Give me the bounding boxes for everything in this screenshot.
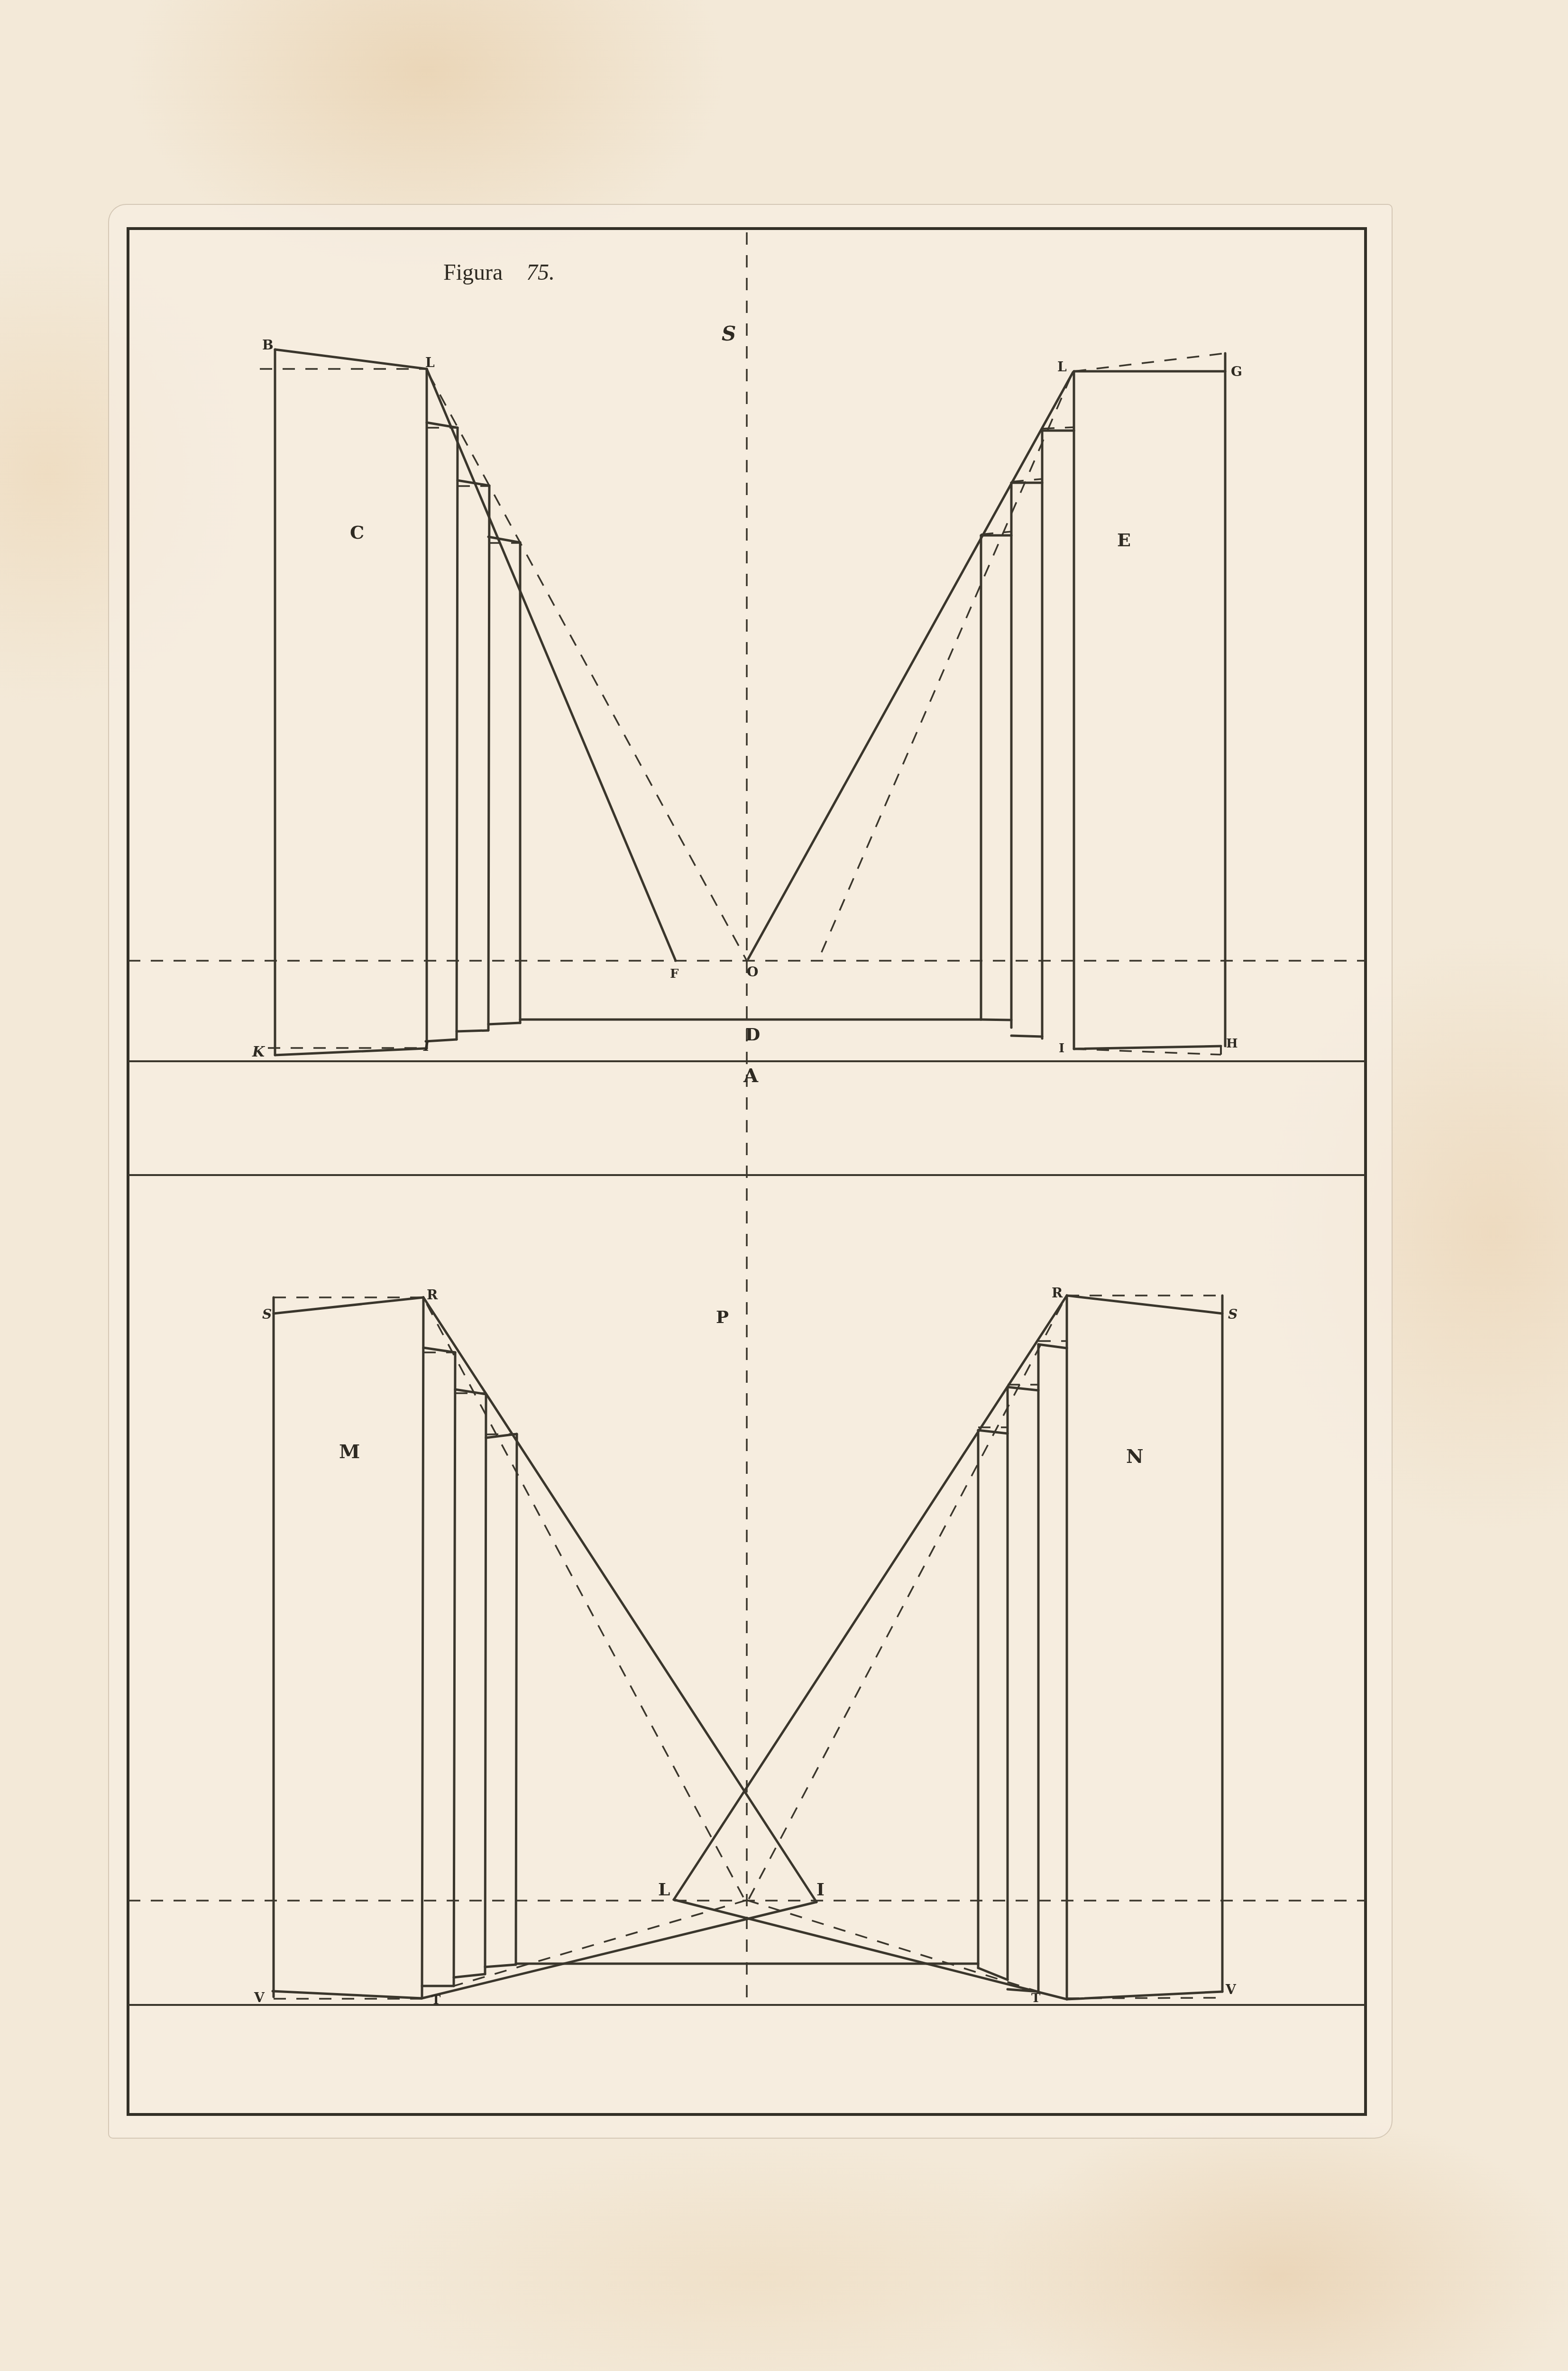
label-e: E (1117, 529, 1131, 551)
label-a: A (743, 1065, 759, 1087)
perspective-diagram: Figura 75. S C E B L L G K I I H F O D A… (0, 0, 1568, 2371)
label-m: M (339, 1441, 360, 1463)
label-s-lower-left: S (262, 1306, 272, 1322)
left-wing-m (273, 1297, 816, 1999)
label-r-lower-right: R (1052, 1285, 1063, 1301)
label-p: P (716, 1307, 729, 1327)
label-s-lower-right: S (1228, 1306, 1238, 1322)
label-l-lower: L (658, 1880, 670, 1900)
label-f: F (670, 967, 679, 981)
label-l-upper-right: L (1057, 359, 1067, 375)
label-i-upper-left: I (423, 1038, 430, 1054)
label-g: G (1231, 364, 1242, 379)
label-k: K (252, 1044, 266, 1060)
figure-title-number: 75. (526, 260, 555, 285)
label-c: C (350, 522, 364, 543)
label-i-upper-right: I (1059, 1041, 1064, 1056)
label-i-lower: I (816, 1880, 825, 1900)
right-wing-n (674, 1296, 1222, 1999)
label-l-upper-left: L (425, 355, 435, 370)
label-r-lower-left: R (427, 1287, 438, 1303)
left-wing-c (260, 349, 747, 1055)
label-n: N (1126, 1445, 1144, 1468)
cross-line-i-to-t (422, 1902, 816, 1998)
label-d: D (745, 1025, 760, 1045)
label-b: B (262, 337, 274, 353)
figure-title-word: Figura (443, 260, 503, 285)
label-t-right: T (1031, 1991, 1041, 2005)
label-o: O (747, 964, 758, 980)
label-v-right: V (1225, 1982, 1237, 1997)
label-h: H (1226, 1037, 1238, 1051)
label-s-upper: S (722, 322, 736, 345)
right-wing-e (748, 353, 1225, 1055)
label-v-left: V (254, 1990, 265, 2005)
label-t-left: T (431, 1993, 441, 2007)
